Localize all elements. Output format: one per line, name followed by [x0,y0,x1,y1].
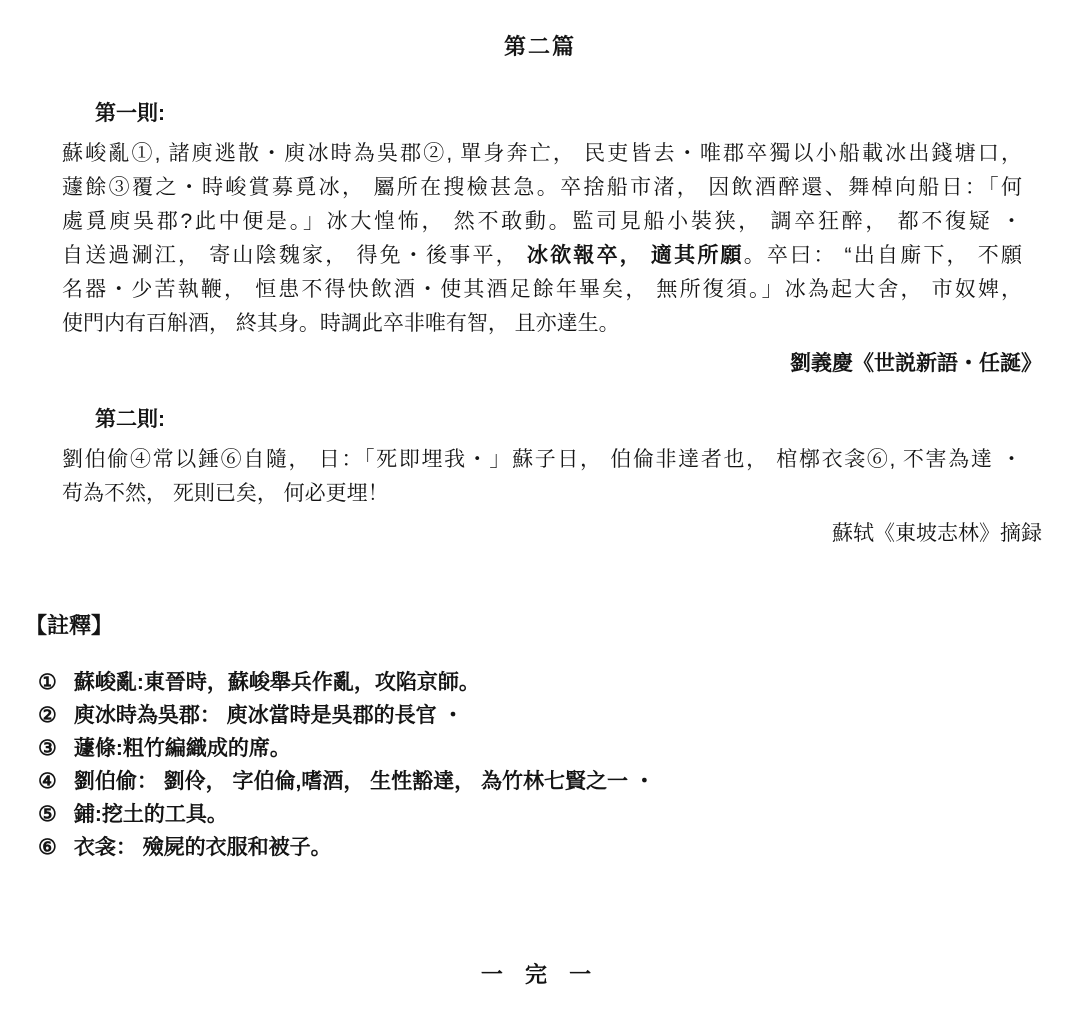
document-page: 第二篇 第一則: 蘇峻亂①, 諸庾逃散・庾冰時為吳郡②, 單身奔亡， 民吏皆去・… [0,0,1080,1017]
annotation-number: ① [38,666,57,699]
annotation-text: 鋪:挖土的工具。 [74,798,228,831]
annotation-number: ④ [38,765,57,798]
annotation-row: ① 蘇峻亂:東晉時，蘇峻舉兵作亂，攻陷京師。 [38,666,1080,699]
text-line: 名器・少苦執鞭， 恒患不得快飲酒・使其酒足餘年畢矣， 無所復須。」冰為起大舍， … [62,273,1022,307]
text-line: 蘇峻亂①, 諸庾逃散・庾冰時為吳郡②, 單身奔亡， 民吏皆去・唯郡卒獨以小船載冰… [62,137,1022,171]
annotation-text: 蘧條:粗竹編織成的席。 [74,732,291,765]
section-2: 第二則: 劉伯偷④常以錘⑥自隨， 日：「死即埋我・」蘇子日， 伯倫非達者也， 棺… [0,403,1080,547]
section1-attribution: 劉義慶《世説新語・任誕》 [0,347,1042,377]
annotation-number: ② [38,699,57,732]
annotation-row: ⑤ 鋪:挖土的工具。 [38,798,1080,831]
annotation-number: ⑥ [38,831,57,864]
section2-body: 劉伯偷④常以錘⑥自隨， 日：「死即埋我・」蘇子日， 伯倫非達者也， 棺槨衣衾⑥,… [62,443,1022,511]
section2-heading: 第二則: [95,403,1080,433]
section2-attribution: 蘇轼《東坡志林》摘録 [0,517,1042,547]
annotation-number: ③ [38,732,57,765]
annotation-number: ⑤ [38,798,57,831]
annotation-list: ① 蘇峻亂:東晉時，蘇峻舉兵作亂，攻陷京師。 ② 庾冰時為吳郡： 庾冰當時是吳郡… [38,666,1080,864]
annotation-text: 庾冰時為吳郡： 庾冰當時是吳郡的長官 ・ [74,699,464,732]
text-line: 苟為不然， 死則已矣， 何必更埋！ [62,477,1022,511]
annotations-section: 【註釋】 ① 蘇峻亂:東晉時，蘇峻舉兵作亂，攻陷京師。 ② 庾冰時為吳郡： 庾冰… [0,609,1080,864]
annotation-row: ② 庾冰時為吳郡： 庾冰當時是吳郡的長官 ・ [38,699,1080,732]
annotation-text: 劉伯偷： 劉伶， 字伯倫,嗜酒， 生性豁達， 為竹林七賢之一 ・ [74,765,655,798]
section1-body: 蘇峻亂①, 諸庾逃散・庾冰時為吳郡②, 單身奔亡， 民吏皆去・唯郡卒獨以小船載冰… [62,137,1022,341]
text-line: 使門内有百斛酒， 終其身。時調此卒非唯有智， 且亦達生。 [62,307,1022,341]
annotation-row: ③ 蘧條:粗竹編織成的席。 [38,732,1080,765]
annotation-text: 衣衾： 殮屍的衣服和被子。 [74,831,332,864]
text-line: 處覓庾吳郡?此中便是。」冰大惶怖， 然不敢動。監司見船小裝狭， 調卒狂醉， 都不… [62,205,1022,239]
page-title: 第二篇 [0,30,1080,61]
annotations-heading: 【註釋】 [25,609,1080,640]
annotation-row: ④ 劉伯偷： 劉伶， 字伯倫,嗜酒， 生性豁達， 為竹林七賢之一 ・ [38,765,1080,798]
section-1: 第一則: 蘇峻亂①, 諸庾逃散・庾冰時為吳郡②, 單身奔亡， 民吏皆去・唯郡卒獨… [0,97,1080,377]
text-line: 劉伯偷④常以錘⑥自隨， 日：「死即埋我・」蘇子日， 伯倫非達者也， 棺槨衣衾⑥,… [62,443,1022,477]
annotation-row: ⑥ 衣衾： 殮屍的衣服和被子。 [38,831,1080,864]
section1-heading: 第一則: [95,97,1080,127]
end-marker: 一 完 一 [0,958,1080,989]
annotation-text: 蘇峻亂:東晉時，蘇峻舉兵作亂，攻陷京師。 [74,666,480,699]
text-line: 自送過涮江， 寄山陰魏家， 得免・後事平， 冰欲報卒， 適其所願。卒曰： “出自… [62,239,1022,273]
text-line: 蘧餘③覆之・時峻賞募覓冰， 屬所在搜檢甚急。卒捨船市渚， 因飲酒醉還、舞棹向船日… [62,171,1022,205]
